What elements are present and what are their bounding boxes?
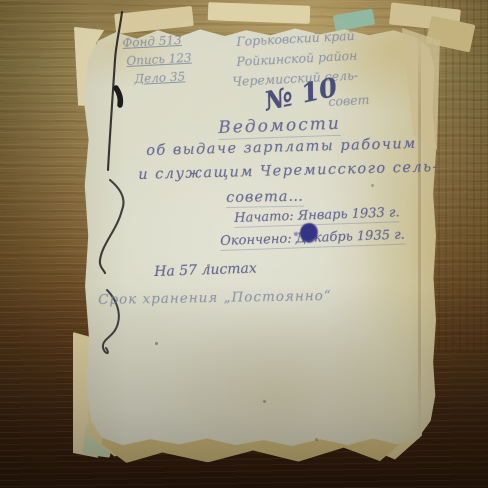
thread-knot (116, 88, 120, 105)
document-subtitle-3: совета… (226, 189, 304, 208)
archival-mark-delo: Дело 35 (134, 69, 185, 86)
archival-document-photo: Фонд 513 Опись 123 Дело 35 Горьковский к… (0, 0, 488, 488)
document-title: Ведомости (218, 114, 341, 140)
document-stack: Фонд 513 Опись 123 Дело 35 Горьковский к… (60, 2, 460, 466)
